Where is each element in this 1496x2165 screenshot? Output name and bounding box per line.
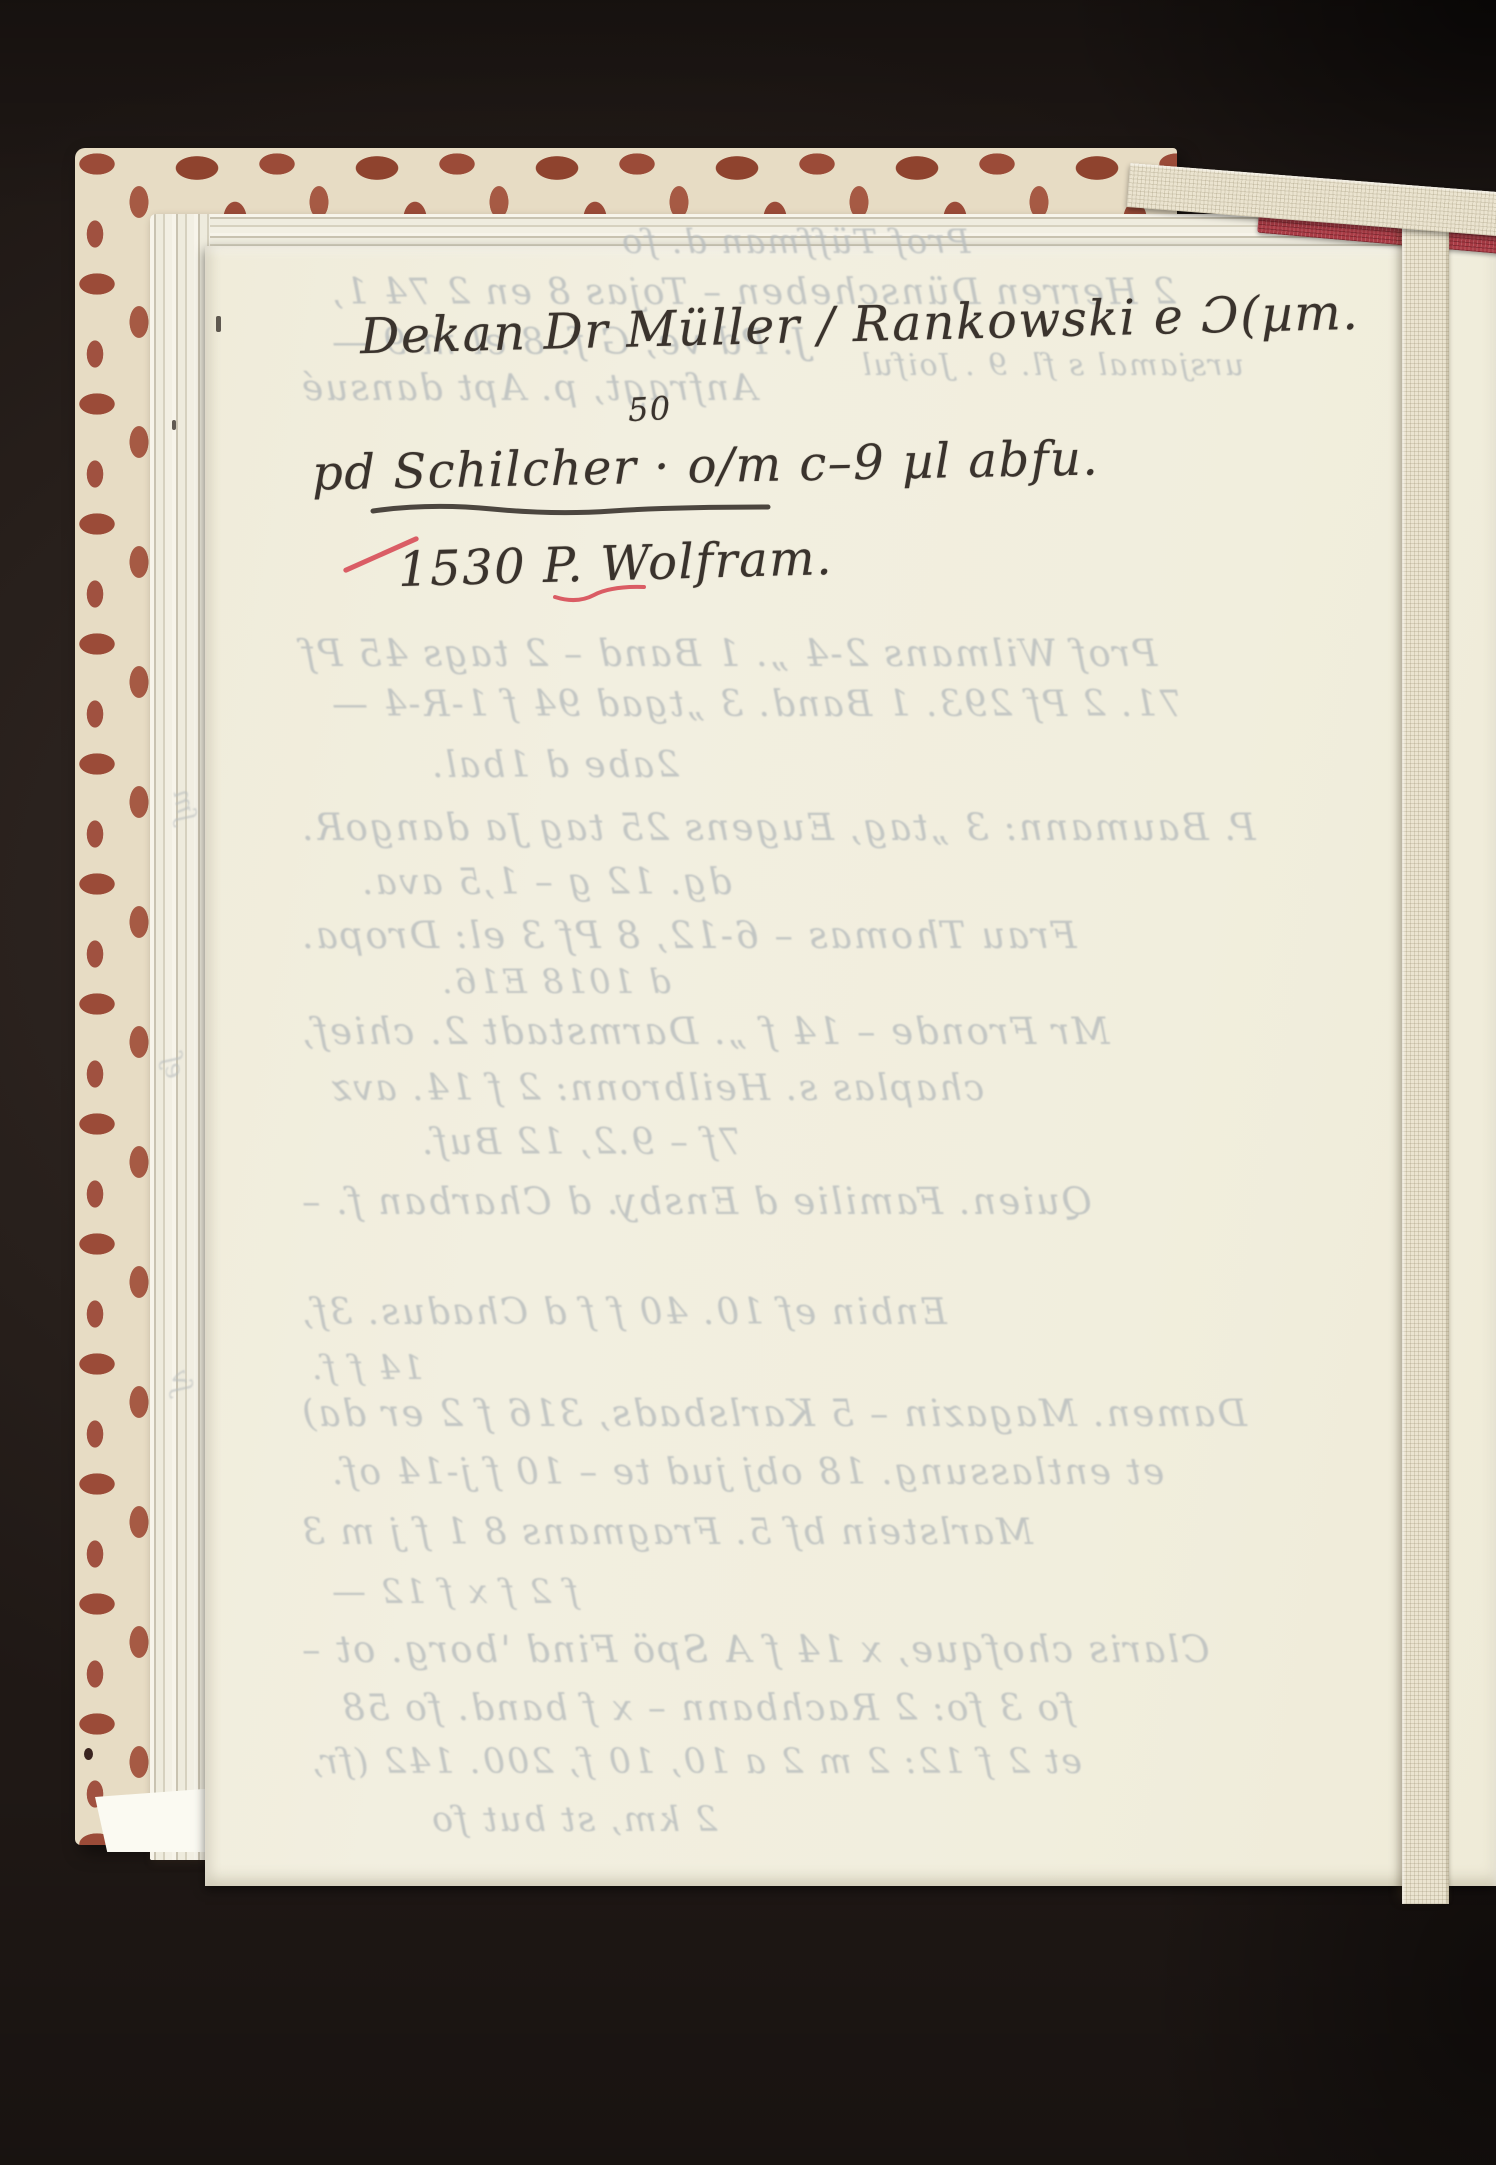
cloth-tape-vertical bbox=[1402, 216, 1449, 1904]
page-corner-sliver bbox=[95, 1788, 217, 1852]
page-edges-left bbox=[150, 214, 210, 1860]
cover-speck bbox=[84, 1748, 93, 1760]
photo-canvas: Prof Tüffman d. fo2 Herren Dünscheben – … bbox=[0, 0, 1496, 2165]
notebook-page bbox=[205, 246, 1496, 1886]
